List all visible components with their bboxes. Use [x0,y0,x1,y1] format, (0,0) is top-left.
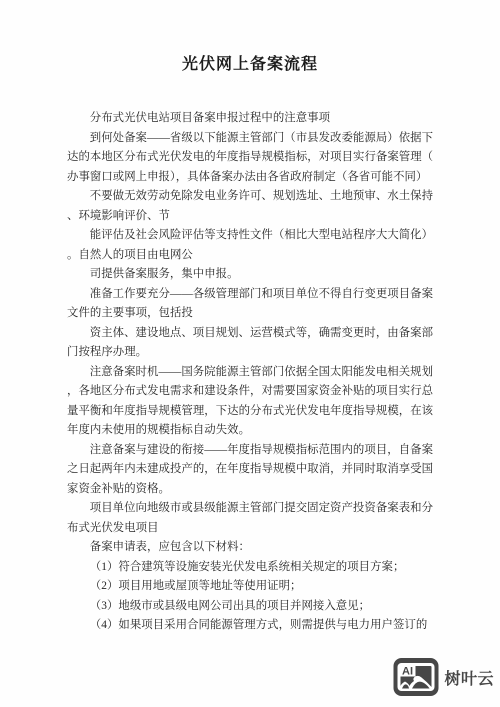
text-line: 资主体、建设地点、项目规划、运营模式等，确需变更时，由备案部 [67,324,433,344]
text-line: 文件的主要事项，包括投 [67,304,433,324]
text-line: 准备工作要充分——各级管理部门和项目单位不得自行变更项目备案 [67,285,433,305]
text-line: 司提供备案服务，集中申报。 [67,265,433,285]
text-line: 不要做无效劳动免除发电业务许可、规划选址、土地预审、水土保持 [67,187,433,207]
text-line: 项目单位向地级市或县级能源主管部门提交固定资产投资备案表和分 [67,499,433,519]
text-line: （3）地级市或县级电网公司出具的项目并网接入意见； [67,597,433,617]
ai-image-logo-icon: AI [393,657,439,697]
text-line: （2）项目用地或屋顶等地址等使用证明； [67,577,433,597]
text-line: 布式光伏发电项目 [67,519,433,539]
document-page: 光伏网上备案流程 分布式光伏电站项目备案申报过程中的注意事项 到何处备案——省级… [0,0,500,707]
text-line: 达的本地区分布式光伏发电的年度指导规模指标，对项目实行备案管理（ [67,148,433,168]
text-line: 注意备案与建设的衔接——年度指导规模指标范围内的项目，自备案 [67,441,433,461]
text-line: ，各地区分布式发电需求和建设条件，对需要国家资金补贴的项目实行总 [67,382,433,402]
text-line: 注意备案时机——国务院能源主管部门依据全国太阳能发电相关规划 [67,363,433,383]
text-line: 、环境影响评价、节 [67,207,433,227]
text-line: （4）如果项目采用合同能源管理方式，则需提供与电力用户签订的 [67,616,433,636]
text-line: （1）符合建筑等设施安装光伏发电系统相关规定的项目方案； [67,558,433,578]
text-line: 。自然人的项目由电网公 [67,246,433,266]
text-line: 家资金补贴的资格。 [67,480,433,500]
text-line: 备案申请表，应包含以下材料： [67,538,433,558]
text-line: 之日起两年内未建成投产的，在年度指导规模中取消，并同时取消享受国 [67,460,433,480]
text-line: 门按程序办理。 [67,343,433,363]
watermark: AI 树叶云 [393,657,494,697]
text-line: 量平衡和年度指导规模管理，下达的分布式光伏发电年度指导规模，在该 [67,402,433,422]
text-line: 能评估及社会风险评估等支持性文件（相比大型电站程序大大简化） [67,226,433,246]
page-title: 光伏网上备案流程 [0,0,500,75]
watermark-brand-text: 树叶云 [444,666,494,689]
document-body: 分布式光伏电站项目备案申报过程中的注意事项 到何处备案——省级以下能源主管部门（… [67,109,433,636]
ai-badge-label: AI [402,666,413,678]
text-line: 年度内未使用的规模指标自动失效。 [67,421,433,441]
text-line: 分布式光伏电站项目备案申报过程中的注意事项 [67,109,433,129]
text-line: 办事窗口或网上申报），具体备案办法由各省政府制定（各省可能不同） [67,168,433,188]
text-line: 到何处备案——省级以下能源主管部门（市县发改委能源局）依据下 [67,129,433,149]
